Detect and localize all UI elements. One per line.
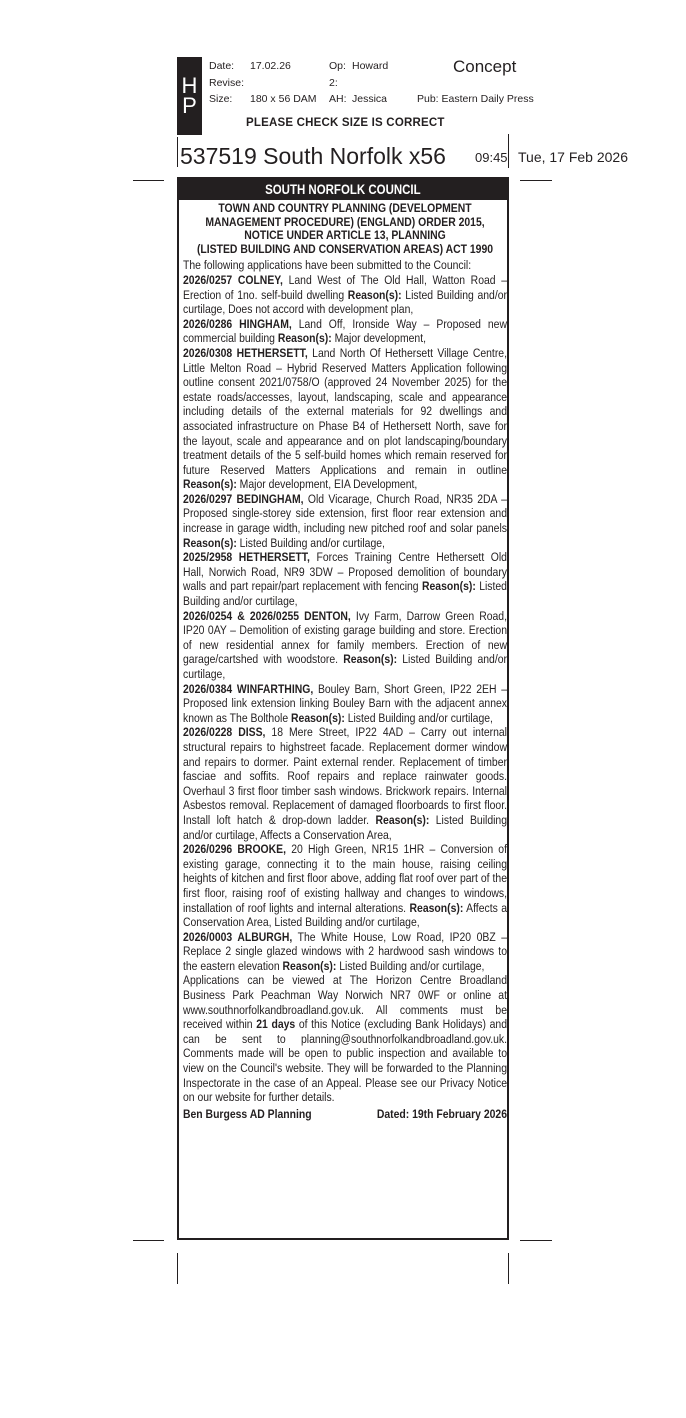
application-reasons: Major development, EIA Development,	[240, 477, 418, 491]
revise-number: 2:	[329, 77, 338, 89]
subheading-line: MANAGEMENT PROCEDURE) (ENGLAND) ORDER 20…	[183, 216, 507, 230]
hp-logo-block: H P	[177, 57, 202, 135]
application-entry: 2026/0296 BROOKE, 20 High Green, NR15 1H…	[183, 842, 507, 930]
date-label: Date:	[209, 60, 234, 72]
signature-row: Ben Burgess AD Planning Dated: 19th Febr…	[183, 1107, 507, 1122]
application-entry: 2026/0254 & 2026/0255 DENTON, Ivy Farm, …	[183, 609, 507, 682]
application-ref: 2026/0308 HETHERSETT,	[183, 346, 308, 360]
application-reasons: Listed Building and/or curtilage,	[348, 711, 493, 725]
application-reasons: Major development,	[335, 331, 426, 345]
planning-notice-ad: SOUTH NORFOLK COUNCIL TOWN AND COUNTRY P…	[177, 177, 509, 1240]
crop-mark-top-right	[520, 180, 552, 181]
application-ref: 2026/0228 DISS,	[183, 725, 265, 739]
application-ref: 2026/0003 ALBURGH,	[183, 930, 292, 944]
application-entry: 2026/0297 BEDINGHAM, Old Vicarage, Churc…	[183, 492, 507, 550]
application-entry: 2026/0384 WINFARTHING, Bouley Barn, Shor…	[183, 682, 507, 726]
date-value: 17.02.26	[250, 60, 291, 72]
reason-label: Reason(s):	[376, 813, 430, 827]
application-entry: 2026/0228 DISS, 18 Mere Street, IP22 4AD…	[183, 725, 507, 842]
ad-heading: SOUTH NORFOLK COUNCIL	[179, 179, 507, 200]
job-date: Tue, 17 Feb 2026	[518, 149, 628, 165]
ah-label: AH:	[329, 93, 347, 105]
application-ref: 2026/0257 COLNEY,	[183, 273, 283, 287]
right-margin-mark	[508, 134, 509, 168]
reason-label: Reason(s):	[183, 477, 237, 491]
applications-list: 2026/0257 COLNEY, Land West of The Old H…	[183, 273, 507, 974]
subheading-line: (LISTED BUILDING AND CONSERVATION AREAS)…	[183, 243, 507, 257]
size-label: Size:	[209, 93, 232, 105]
op-label: Op:	[329, 60, 346, 72]
revise-label: Revise:	[209, 77, 244, 89]
left-margin-mark	[177, 137, 178, 167]
crop-mark-bottom-left	[133, 1240, 164, 1241]
reason-label: Reason(s):	[278, 331, 332, 345]
application-ref: 2026/0297 BEDINGHAM,	[183, 492, 304, 506]
application-entry: 2026/0308 HETHERSETT, Land North Of Heth…	[183, 346, 507, 492]
ad-subheading: TOWN AND COUNTRY PLANNING (DEVELOPMENT M…	[183, 202, 507, 256]
reason-label: Reason(s):	[291, 711, 345, 725]
comment-period: 21 days	[256, 1017, 295, 1031]
ah-value: Jessica	[352, 93, 387, 105]
application-reasons: Listed Building and/or curtilage,	[240, 536, 385, 550]
crop-mark-bottom-right-vertical	[508, 1253, 509, 1284]
reason-label: Reason(s):	[348, 288, 402, 302]
application-ref: 2026/0296 BROOKE,	[183, 842, 286, 856]
signatory: Ben Burgess AD Planning	[183, 1107, 312, 1122]
application-ref: 2026/0286 HINGHAM,	[183, 317, 292, 331]
subheading-line: NOTICE UNDER ARTICLE 13, PLANNING	[183, 229, 507, 243]
reason-label: Reason(s):	[283, 959, 337, 973]
crop-mark-top-left	[133, 180, 164, 181]
application-entry: 2026/0003 ALBURGH, The White House, Low …	[183, 930, 507, 974]
op-value: Howard	[352, 60, 388, 72]
application-entry: 2025/2958 HETHERSETT, Forces Training Ce…	[183, 550, 507, 608]
reason-label: Reason(s):	[343, 652, 397, 666]
dated: Dated: 19th February 2026	[377, 1107, 507, 1122]
crop-mark-bottom-right	[520, 1240, 552, 1241]
application-ref: 2026/0254 & 2026/0255 DENTON,	[183, 609, 351, 623]
application-ref: 2026/0384 WINFARTHING,	[183, 682, 313, 696]
closing-text: Applications can be viewed at The Horizo…	[183, 973, 507, 1104]
publication: Pub: Eastern Daily Press	[417, 93, 534, 105]
application-entry: 2026/0286 HINGHAM, Land Off, Ironside Wa…	[183, 317, 507, 346]
job-title: 537519 South Norfolk x56	[180, 143, 446, 170]
crop-mark-bottom-left-vertical	[177, 1253, 178, 1284]
application-reasons: Listed Building and/or curtilage,	[339, 959, 484, 973]
application-description: Land North Of Hethersett Village Centre,…	[183, 346, 507, 477]
application-entry: 2026/0257 COLNEY, Land West of The Old H…	[183, 273, 507, 317]
reason-label: Reason(s):	[183, 536, 237, 550]
application-ref: 2025/2958 HETHERSETT,	[183, 550, 310, 564]
subheading-line: TOWN AND COUNTRY PLANNING (DEVELOPMENT	[183, 202, 507, 216]
job-time: 09:45	[475, 150, 508, 165]
hp-letter-p: P	[177, 96, 202, 116]
application-description: 18 Mere Street, IP22 4AD – Carry out int…	[183, 725, 507, 827]
size-value: 180 x 56 DAM	[250, 93, 317, 105]
size-check-notice: PLEASE CHECK SIZE IS CORRECT	[246, 117, 445, 129]
intro-text: The following applications have been sub…	[183, 258, 507, 273]
ad-body: TOWN AND COUNTRY PLANNING (DEVELOPMENT M…	[179, 200, 507, 1121]
brand-concept: Concept	[453, 57, 516, 77]
reason-label: Reason(s):	[410, 901, 464, 915]
reason-label: Reason(s):	[422, 579, 476, 593]
